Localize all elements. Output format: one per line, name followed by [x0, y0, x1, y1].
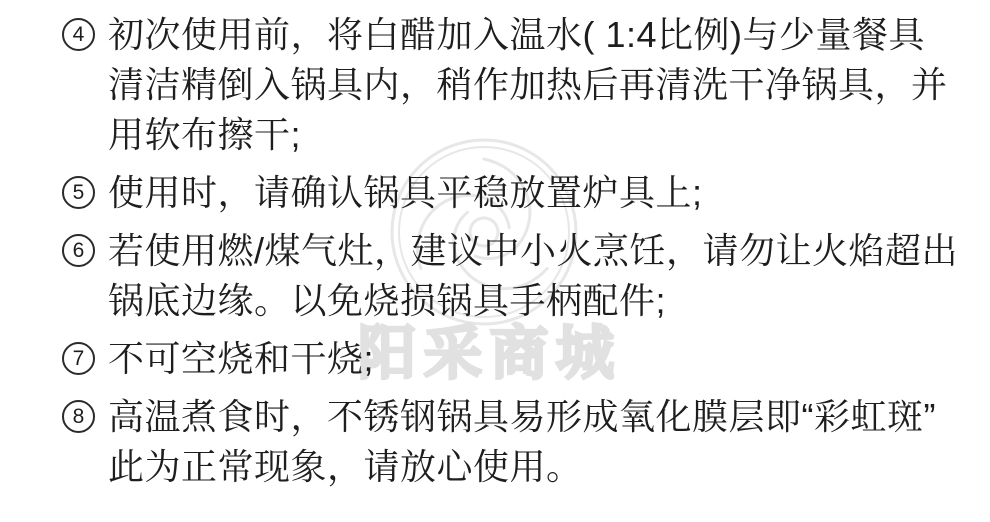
instruction-item-5: 5 使用时，请确认锅具平稳放置炉具上; [62, 168, 990, 218]
text-line: 初次使用前，将白醋加入温水( 1:4比例)与少量餐具 [108, 10, 948, 60]
cookware-care-instructions-page: 阳采商城 4 初次使用前，将白醋加入温水( 1:4比例)与少量餐具 清洁精倒入锅… [0, 0, 990, 522]
text-line: 若使用燃/煤气灶，建议中小火烹饪，请勿让火焰超出 [108, 226, 958, 276]
badge-number: 7 [73, 348, 85, 369]
instruction-list: 4 初次使用前，将白醋加入温水( 1:4比例)与少量餐具 清洁精倒入锅具内，稍作… [0, 0, 990, 492]
instruction-item-6: 6 若使用燃/煤气灶，建议中小火烹饪，请勿让火焰超出 锅底边缘。以免烧损锅具手柄… [62, 226, 990, 326]
text-line: 此为正常现象，请放心使用。 [108, 442, 936, 492]
badge-number: 5 [73, 182, 85, 203]
circled-number-5-badge: 5 [62, 176, 95, 209]
text-line: 用软布擦干; [108, 110, 948, 160]
text-line: 高温煮食时，不锈钢锅具易形成氧化膜层即“彩虹斑” [108, 392, 936, 442]
instruction-text: 高温煮食时，不锈钢锅具易形成氧化膜层即“彩虹斑” 此为正常现象，请放心使用。 [108, 392, 936, 492]
badge-number: 4 [73, 24, 85, 45]
badge-number: 8 [73, 406, 85, 427]
instruction-text: 初次使用前，将白醋加入温水( 1:4比例)与少量餐具 清洁精倒入锅具内，稍作加热… [108, 10, 948, 160]
instruction-item-7: 7 不可空烧和干烧; [62, 334, 990, 384]
text-line: 使用时，请确认锅具平稳放置炉具上; [108, 168, 703, 218]
instruction-text: 不可空烧和干烧; [108, 334, 374, 384]
instruction-item-4: 4 初次使用前，将白醋加入温水( 1:4比例)与少量餐具 清洁精倒入锅具内，稍作… [62, 10, 990, 160]
text-line: 锅底边缘。以免烧损锅具手柄配件; [108, 276, 958, 326]
badge-number: 6 [73, 240, 85, 261]
circled-number-8-badge: 8 [62, 400, 95, 433]
circled-number-6-badge: 6 [62, 234, 95, 267]
circled-number-4-badge: 4 [62, 18, 95, 51]
circled-number-7-badge: 7 [62, 342, 95, 375]
instruction-text: 使用时，请确认锅具平稳放置炉具上; [108, 168, 703, 218]
instruction-item-8: 8 高温煮食时，不锈钢锅具易形成氧化膜层即“彩虹斑” 此为正常现象，请放心使用。 [62, 392, 990, 492]
instruction-text: 若使用燃/煤气灶，建议中小火烹饪，请勿让火焰超出 锅底边缘。以免烧损锅具手柄配件… [108, 226, 958, 326]
text-line: 清洁精倒入锅具内，稍作加热后再清洗干净锅具，并 [108, 60, 948, 110]
text-line: 不可空烧和干烧; [108, 334, 374, 384]
